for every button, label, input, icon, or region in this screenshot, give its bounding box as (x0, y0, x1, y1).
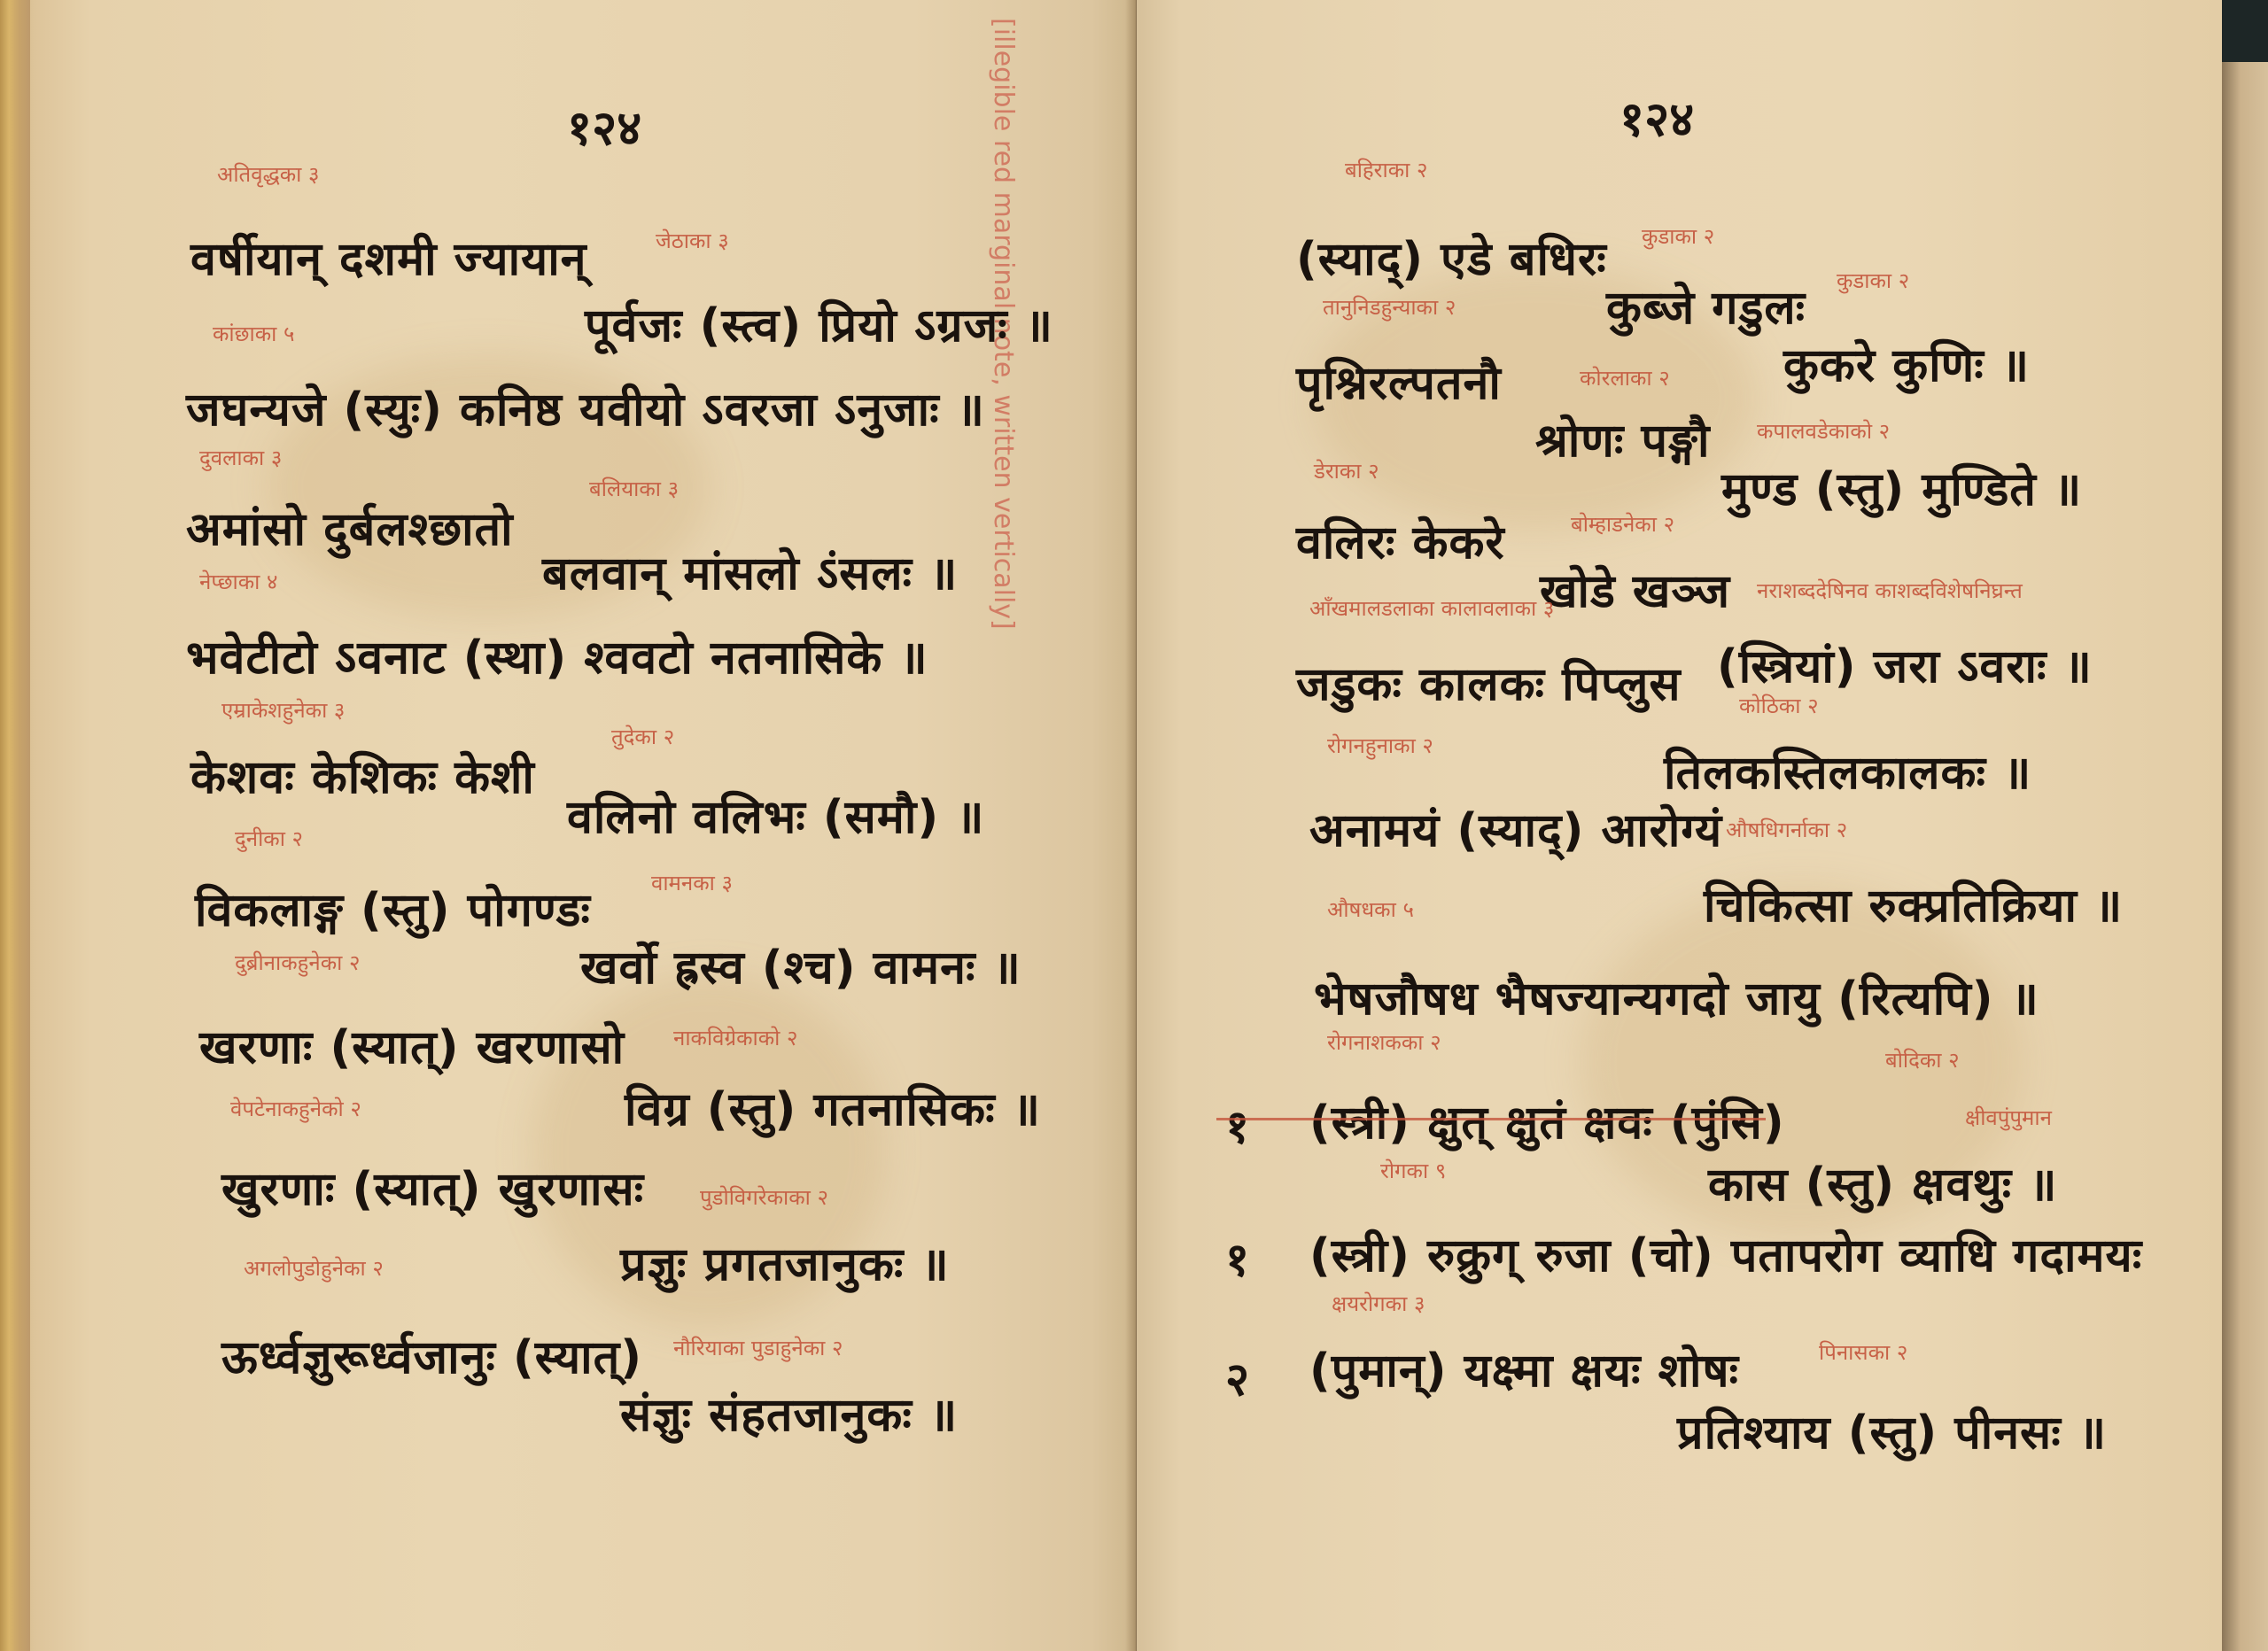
open-manuscript: १२४ [illegible red marginal note, writte… (0, 0, 2268, 1651)
gloss: रोगका ९ (1380, 1156, 1446, 1185)
gloss: पिनासका २ (1819, 1337, 1907, 1367)
gloss: रोगनहुनाका २ (1327, 731, 1433, 760)
left-page-number: १२४ (567, 93, 641, 159)
text-line: भवेटीटो ऽवनाट (स्था) श्ववटो नतनासिके ॥ (186, 624, 928, 687)
background-dark-corner (2222, 0, 2268, 62)
gloss: कुडाका २ (1837, 266, 1909, 295)
text-line: प्रज्ञुः प्रगतजानुकः ॥ (620, 1231, 950, 1294)
text-line: चिकित्सा रुक्प्रतिक्रिया ॥ (1704, 872, 2123, 935)
gloss: कोठिका २ (1739, 691, 1819, 720)
gloss: दुवलाका ३ (199, 443, 282, 472)
text-line: संज्ञुः संहतजानुकः ॥ (620, 1382, 958, 1445)
gloss: तानुनिडहुन्याका २ (1323, 292, 1456, 322)
gloss: औषधिगर्नाका २ (1726, 815, 1847, 844)
gloss: नेप्छाका ४ (199, 567, 278, 596)
text-line: अनामयं (स्याद्) आरोग्यं (1309, 797, 1722, 860)
text-line: (स्याद्) एडे बधिरः (1296, 226, 1607, 289)
gloss: नौरियाका पुडाहुनेका २ (673, 1333, 843, 1362)
right-page: १२४ बहिराका २ (स्याद्) एडे बधिरः कुडाका … (1137, 0, 2222, 1651)
gloss: दुनीका २ (235, 824, 303, 853)
gloss: कुडाका २ (1642, 221, 1714, 251)
gloss: अगलोपुडोहुनेका २ (244, 1253, 384, 1283)
gloss: कोरलाका २ (1580, 363, 1670, 392)
right-page-edges (2222, 62, 2268, 1651)
text-line: पृश्निरल्पतनौ (1296, 350, 1502, 413)
text-line: केशवः केशिकः केशी (190, 744, 535, 807)
gloss: क्षीवपुंपुमान (1965, 1103, 2052, 1132)
text-line: विकलाङ्ग (स्तु) पोगण्डः (195, 877, 591, 940)
text-line: बलवान् मांसलो ऽंसलः ॥ (542, 540, 958, 603)
text-line: वलिनो वलिभः (समौ) ॥ (567, 784, 984, 847)
gloss: जेठाका ३ (656, 226, 729, 255)
gloss: डेराका २ (1314, 456, 1379, 485)
text-line: (स्त्री) रुक्रुग् रुजा (चो) पतापरोग व्या… (1309, 1222, 2142, 1285)
gloss: वेपटेनाकहुनेको २ (230, 1094, 361, 1123)
text-line: प्रतिश्याय (स्तु) पीनसः ॥ (1677, 1399, 2107, 1462)
text-line: कास (स्तु) क्षवथुः ॥ (1708, 1151, 2057, 1214)
gloss: नाकविग्रेकाको २ (673, 1023, 797, 1052)
gloss: वामनका ३ (651, 868, 733, 897)
text-line: भेषजौषध भैषज्यान्यगदो जायु (रित्यपि) ॥ (1314, 965, 2039, 1028)
gloss: एम्राकेशहुनेका ३ (221, 695, 345, 725)
line-number: १ (1225, 1227, 1249, 1290)
text-line-struck: (स्त्री) क्षुत् क्षुतं क्षवः (पुंसि) (1309, 1089, 1785, 1152)
text-line: विग्र (स्तु) गतनासिकः ॥ (625, 1076, 1041, 1139)
text-line: ऊर्ध्वज्ञुरूर्ध्वजानुः (स्यात्) (221, 1324, 642, 1387)
text-line: (पुमान्) यक्ष्मा क्षयः शोषः (1309, 1337, 1739, 1400)
line-number: १ (1225, 1094, 1249, 1157)
gloss: तुदेका २ (611, 722, 674, 751)
left-page-edges (0, 0, 30, 1651)
gloss: बलियाका ३ (589, 474, 679, 503)
gloss: औषधका ५ (1327, 895, 1414, 924)
gloss: आँखमालडलाका कालावलाका ३ (1309, 593, 1554, 623)
text-line: खुरणाः (स्यात्) खुरणासः (221, 1156, 644, 1219)
line-number: २ (1225, 1346, 1249, 1409)
gloss: बोम्हाडनेका २ (1571, 509, 1674, 539)
text-line: (स्त्रियां) जरा ऽवराः ॥ (1717, 633, 2093, 696)
text-line: कुकरे कुणिः ॥ (1783, 332, 2030, 395)
left-page: १२४ [illegible red marginal note, writte… (0, 0, 1137, 1651)
text-line: जघन्यजे (स्युः) कनिष्ठ यवीयो ऽवरजा ऽनुजा… (186, 376, 985, 439)
gloss: कपालवडेकाको २ (1757, 416, 1890, 446)
text-line: जडुकः कालकः पिप्लुस (1296, 651, 1682, 714)
text-line: वलिरः केकरे (1296, 509, 1505, 572)
text-line: कुब्जे गडुलः (1606, 275, 1806, 337)
gloss: पुडोविगरेकाका २ (700, 1182, 828, 1212)
text-line: तिलकस्तिलकालकः ॥ (1664, 740, 2031, 802)
text-line: श्रोणः पङ्गौ (1535, 407, 1710, 470)
gloss: नराशब्ददेषिनव काशब्दविशेषनिघ्रन्त (1757, 576, 2023, 605)
text-line: मुण्ड (स्तु) मुण्डिते ॥ (1721, 456, 2082, 519)
text-line: खर्वो ह्रस्व (श्च) वामनः ॥ (580, 934, 1021, 997)
gloss: रोगनाशकका २ (1327, 1027, 1441, 1057)
gloss: बोदिका २ (1885, 1045, 1960, 1074)
text-line: खरणाः (स्यात्) खरणासो (199, 1014, 625, 1077)
gloss: अतिवृद्धका ३ (217, 159, 320, 189)
text-line: खोडे खञ्ज (1540, 558, 1730, 621)
strike-through-line (1216, 1118, 1766, 1120)
text-line: वर्षीयान् दशमी ज्यायान् (190, 226, 587, 289)
gloss: क्षयरोगका ३ (1332, 1289, 1425, 1318)
gloss: कांछाका ५ (213, 319, 294, 348)
text-line: पूर्वजः (स्त्व) प्रियो ऽग्रजः ॥ (585, 292, 1053, 355)
gloss: बहिराका २ (1345, 155, 1427, 184)
right-page-number: १२४ (1619, 84, 1694, 150)
text-line: अमांसो दुर्बलश्छातो (186, 496, 514, 559)
gloss: दुब्रीनाकहुनेका २ (235, 948, 360, 977)
